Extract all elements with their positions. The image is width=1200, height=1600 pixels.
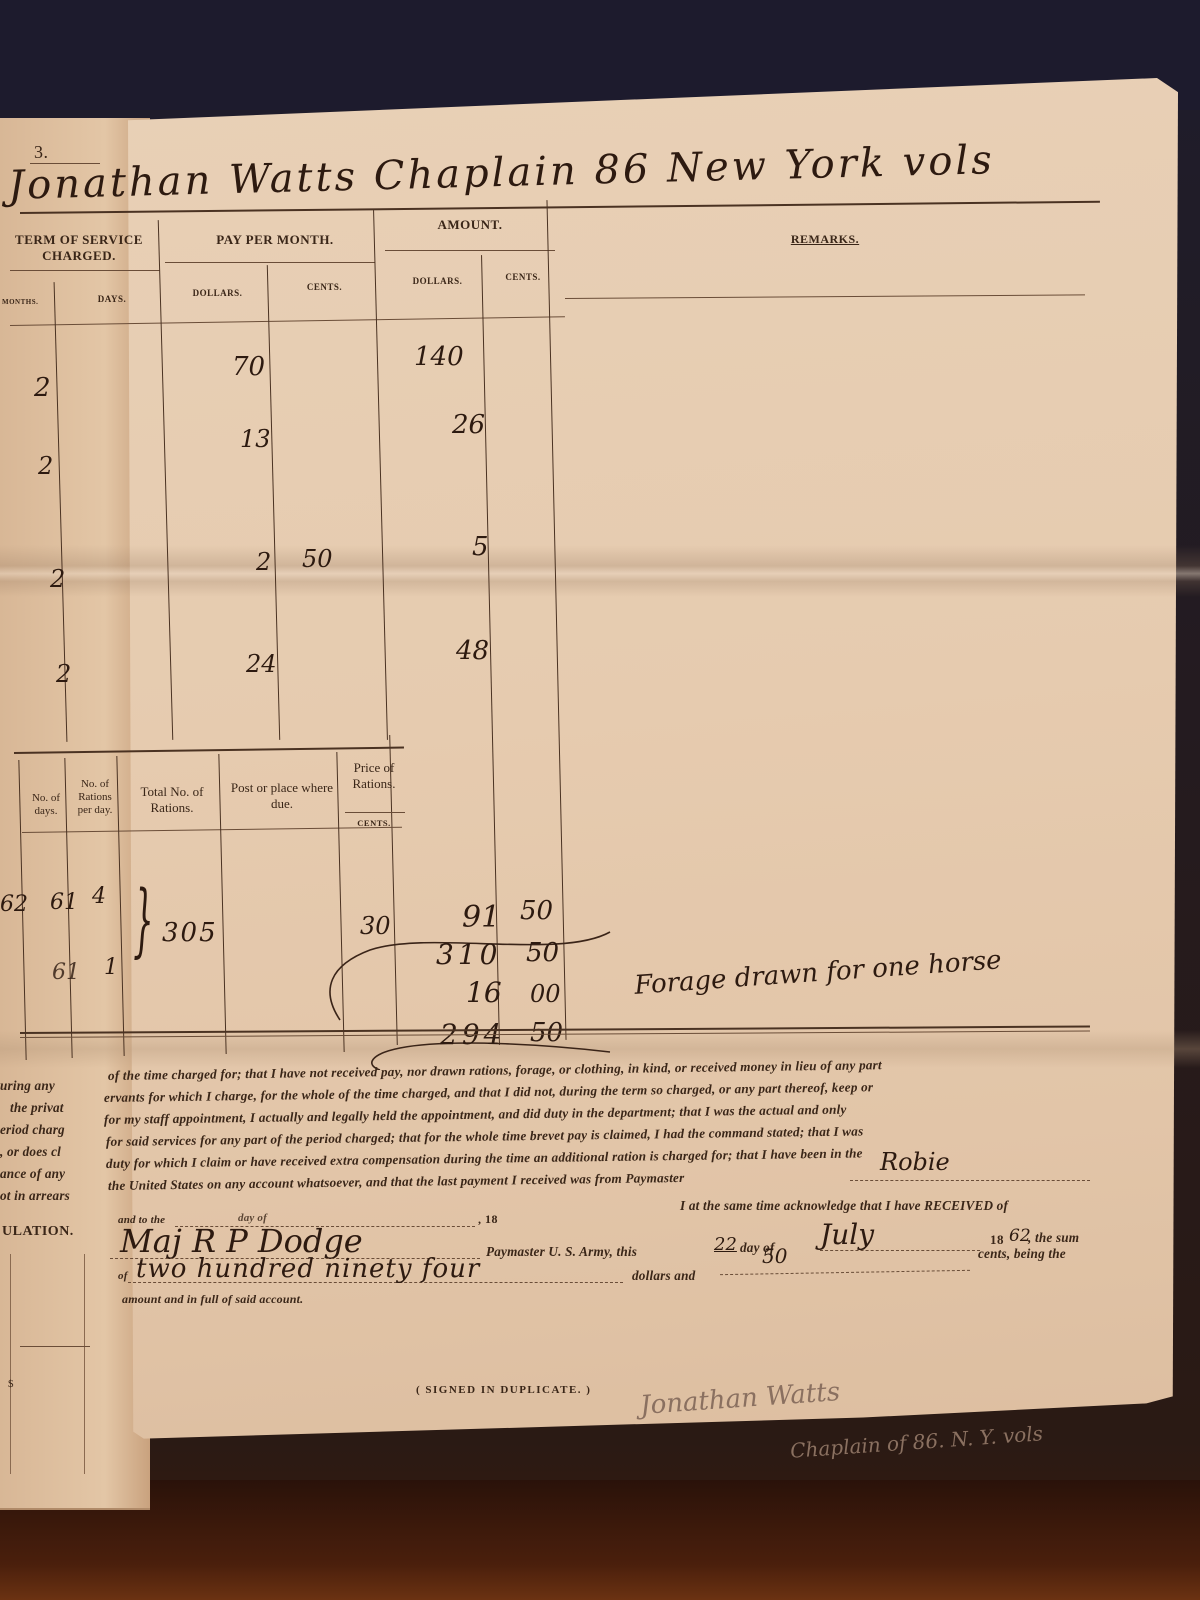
row1-amount-dollars: 140 <box>414 342 464 372</box>
rule <box>165 262 375 263</box>
dollars-and: dollars and <box>632 1268 695 1284</box>
left-dollar-mark: $ <box>8 1378 14 1390</box>
rule <box>10 270 160 271</box>
rations-total: 305 <box>162 918 218 948</box>
rations-left-margin: 62 <box>0 892 28 917</box>
subheader-amount-cents: CENTS. <box>492 272 554 282</box>
cents-handwritten: 50 <box>762 1244 787 1268</box>
rule <box>385 250 555 251</box>
rations-header-total: Total No. of Rations. <box>124 784 220 816</box>
paymaster-label: Paymaster U. S. Army, this <box>486 1244 637 1260</box>
rations-header-cents: CENTS. <box>344 818 404 828</box>
subheader-amount-dollars: DOLLARS. <box>385 276 490 286</box>
row2-pay-dollars: 13 <box>240 425 271 453</box>
rations-row2-per-day: 1 <box>104 955 118 980</box>
signature-pencil-title: Chaplain of 86. N. Y. vols <box>789 1421 1043 1463</box>
rations-header-per-day: No. of Rations per day. <box>70 778 120 817</box>
cert-left-fragment: ot in arrears <box>0 1188 70 1204</box>
left-rule <box>20 1346 90 1347</box>
subheader-pay-cents: CENTS. <box>272 282 377 292</box>
row1-months: 2 <box>34 373 51 403</box>
closing-line: amount and in full of said account. <box>122 1292 303 1307</box>
deduction-cents: 00 <box>530 980 561 1008</box>
cert-left-fragment: uring any <box>0 1078 55 1094</box>
left-page-label: ULATION. <box>2 1224 74 1240</box>
row3-pay-dollars: 2 <box>256 548 271 576</box>
signed-in-duplicate: ( SIGNED IN DUPLICATE. ) <box>416 1384 591 1396</box>
row4-pay-dollars: 24 <box>246 650 277 678</box>
row2-months: 2 <box>38 452 53 480</box>
cert-left-fragment: the privat <box>10 1100 64 1116</box>
subheader-days: DAYS. <box>62 294 162 304</box>
the-sum: , the sum <box>1028 1230 1079 1246</box>
header-term-of-service: TERM OF SERVICE CHARGED. <box>4 232 154 264</box>
header-pay-per-month: PAY PER MONTH. <box>170 232 380 248</box>
backdrop-table-surface <box>0 1480 1200 1600</box>
rations-row2-days: 61 <box>52 960 80 985</box>
row3-months: 2 <box>50 565 65 593</box>
bracket: } <box>133 880 153 960</box>
header-amount: AMOUNT. <box>385 217 555 233</box>
subheader-months: MONTHS. <box>2 298 38 306</box>
month-handwritten: July <box>820 1218 874 1251</box>
row2-amount-dollars: 26 <box>452 410 485 440</box>
subtotal-dollars: 310 <box>436 938 501 971</box>
last-paymaster-handwritten: Robie <box>880 1148 950 1176</box>
form-number: 3. <box>34 142 49 163</box>
acknowledge-line: I at the same time acknowledge that I ha… <box>680 1198 1008 1214</box>
rations-header-post: Post or place where due. <box>226 780 338 812</box>
header-remarks: REMARKS. <box>560 232 1090 247</box>
rule <box>345 812 405 813</box>
cert-left-fragment: , or does cl <box>0 1144 61 1160</box>
paper-fold <box>0 545 1200 597</box>
row4-months: 2 <box>56 660 71 688</box>
row3-pay-cents: 50 <box>302 545 333 573</box>
subtotal-cents: 50 <box>526 938 559 968</box>
rations-row1-per-day: 4 <box>92 884 106 909</box>
row3-amount-dollars: 5 <box>472 532 489 562</box>
cert-left-fragment: eriod charg <box>0 1122 65 1138</box>
subheader-pay-dollars: DOLLARS. <box>165 288 270 298</box>
row1-pay-dollars: 70 <box>232 352 265 382</box>
of-prefix: of <box>118 1270 128 1282</box>
rations-header-price: Price of Rations. <box>344 760 404 792</box>
rations-header-days: No. of days. <box>24 792 68 818</box>
left-rule <box>10 1254 11 1474</box>
sum-words-handwritten: two hundred ninety four <box>136 1254 480 1284</box>
day-handwritten: 22 <box>714 1234 737 1255</box>
rations-row1-days: 61 <box>50 890 78 915</box>
left-rule <box>84 1254 85 1474</box>
deduction-dollars: 16 <box>466 976 502 1009</box>
cents-being: cents, being the <box>978 1246 1066 1262</box>
row4-amount-dollars: 48 <box>456 636 489 666</box>
cert-left-fragment: ance of any <box>0 1166 65 1182</box>
year-prefix: , 18 <box>478 1212 498 1227</box>
paymaster-blank <box>850 1180 1090 1181</box>
